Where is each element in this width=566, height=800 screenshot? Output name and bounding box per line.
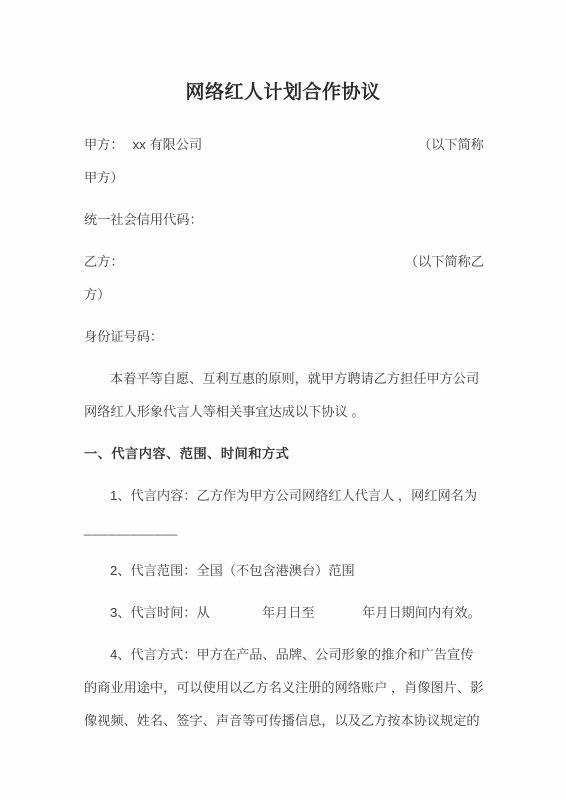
item-4-line-1: 4、代言方式：甲方在产品、品牌、公司形象的推介和广告宣传 [84,638,492,671]
party-a-alias-prefix: （以下简称 [418,128,484,161]
item-4-paragraph: 4、代言方式：甲方在产品、品牌、公司形象的推介和广告宣传 的商业用途中，可以使用… [84,638,492,737]
party-a-label: 甲方： [84,128,124,161]
item-3-suffix: 年月日期间内有效。 [362,605,481,620]
document-title: 网络红人计划合作协议 [84,78,482,108]
party-b-label: 乙方： [84,245,124,278]
item-3-paragraph: 3、代言时间：从 年月日至 年月日期间内有效。 [84,596,492,629]
party-a-paragraph: 甲方： xx 有限公司 （以下简称 甲方） [84,128,492,194]
preamble-line-2: 网络红人形象代言人等相关事宜达成以下协议 。 [84,395,492,428]
id-number-label: 身份证号码： [84,320,492,353]
item-3-line: 3、代言时间：从 年月日至 年月日期间内有效。 [84,596,492,629]
item-1-paragraph: 1、代言内容：乙方作为甲方公司网络红人代言人 ，网红网名为 __________… [84,479,492,545]
section-1-heading-paragraph: 一、代言内容、范围、时间和方式 [84,437,492,470]
item-3-middle: 年月日至 [262,605,315,620]
party-b-line-1: 乙方： （以下简称乙 [84,245,484,278]
item-1-blank-line: ____________ [84,512,492,545]
party-a-name: xx 有限公司 [133,128,203,161]
item-3-prefix: 3、代言时间：从 [110,605,210,620]
preamble-line-1: 本着平等自愿、互利互惠的原则，就甲方聘请乙方担任甲方公司 [84,362,492,395]
credit-code-paragraph: 统一社会信用代码： [84,203,492,236]
party-a-alias-wrap: 甲方） [84,161,492,194]
item-2-paragraph: 2、代言范围：全国（不包含港澳台）范围 [84,554,492,587]
item-4-line-2: 的商业用途中，可以使用以乙方名义注册的网络账户 ，肖像图片、影 [84,671,492,704]
document-page: 网络红人计划合作协议 甲方： xx 有限公司 （以下简称 甲方） 统一社会信用代… [0,0,566,800]
item-1-line-1: 1、代言内容：乙方作为甲方公司网络红人代言人 ，网红网名为 [84,479,492,512]
id-number-paragraph: 身份证号码： [84,320,492,353]
party-a-left-group: 甲方： xx 有限公司 [84,128,202,161]
item-2-line: 2、代言范围：全国（不包含港澳台）范围 [84,554,492,587]
party-b-paragraph: 乙方： （以下简称乙 方） [84,245,492,311]
party-a-line-1: 甲方： xx 有限公司 （以下简称 [84,128,484,161]
item-4-line-3: 像视频、姓名、签字、声音等可传播信息，以及乙方按本协议规定的 [84,704,492,737]
credit-code-label: 统一社会信用代码： [84,203,492,236]
party-b-alias-wrap: 方） [84,278,492,311]
preamble-paragraph: 本着平等自愿、互利互惠的原则，就甲方聘请乙方担任甲方公司 网络红人形象代言人等相… [84,362,492,428]
party-b-alias-prefix: （以下简称乙 [405,245,484,278]
section-1-heading: 一、代言内容、范围、时间和方式 [84,437,492,470]
